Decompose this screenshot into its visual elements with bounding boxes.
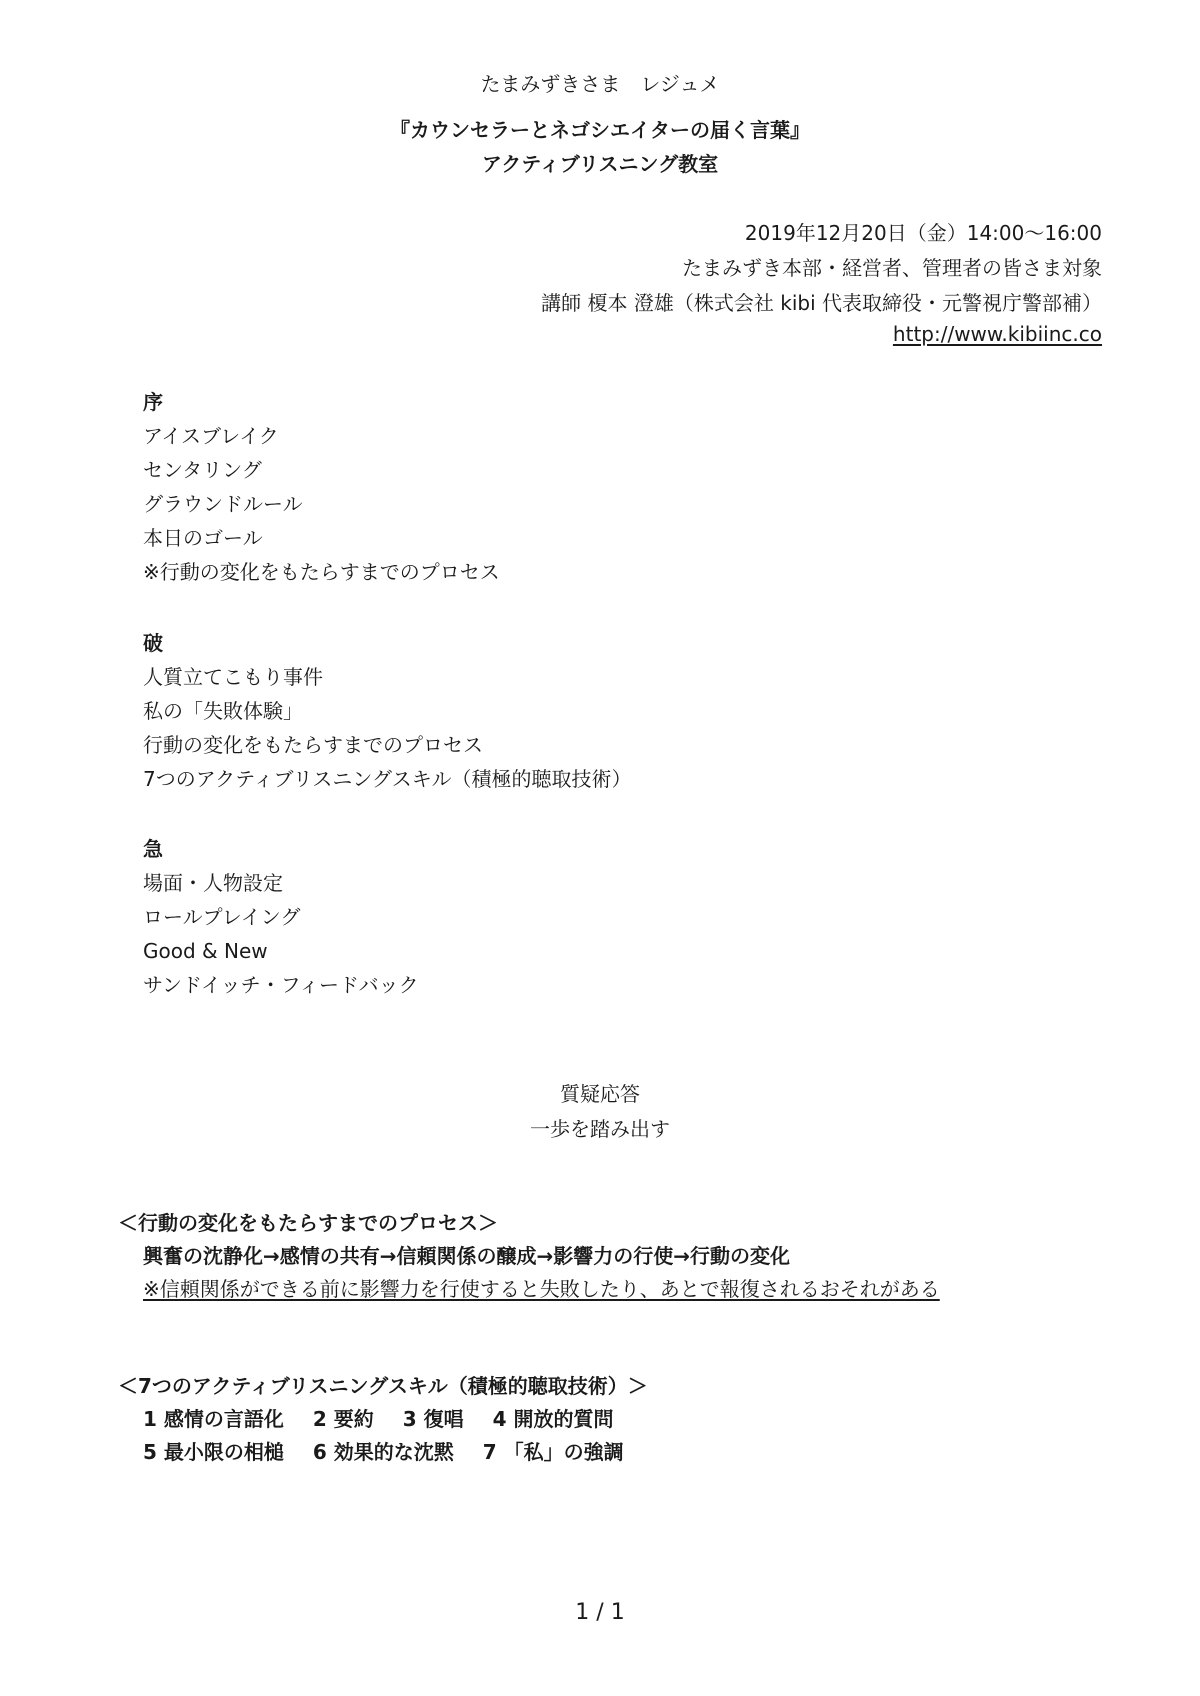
list-item: 場面・人物設定 (143, 866, 419, 900)
event-audience: たまみずき本部・経営者、管理者の皆さま対象 (682, 252, 1102, 281)
list-item: Good & New (143, 934, 419, 968)
document-page: たまみずきさま レジュメ 『カウンセラーとネゴシエイターの届く言葉』 アクティブ… (0, 0, 1200, 1696)
list-item: グラウンドルール (143, 487, 500, 521)
skill-item: 3 復唱 (403, 1407, 464, 1431)
list-item: 7つのアクティブリスニングスキル（積極的聴取技術） (143, 762, 632, 796)
process-note: ※信頼関係ができる前に影響力を行使すると失敗したり、あとで報復されるおそれがある (118, 1273, 940, 1306)
website-link[interactable]: http://www.kibiinc.co (893, 322, 1102, 346)
document-subtitle: たまみずきさま レジュメ (0, 68, 1200, 97)
skills-heading: ＜7つのアクティブリスニングスキル（積極的聴取技術）＞ (118, 1370, 648, 1403)
list-item: アイスブレイク (143, 419, 500, 453)
list-item: ※行動の変化をもたらすまでのプロセス (143, 555, 500, 589)
skills-row-2: 5 最小限の相槌 6 効果的な沈黙 7 「私」の強調 (118, 1436, 648, 1469)
list-item: サンドイッチ・フィードバック (143, 968, 419, 1002)
closing-qa: 質疑応答 (0, 1078, 1200, 1107)
skill-item: 6 効果的な沈黙 (313, 1440, 454, 1464)
process-block: ＜行動の変化をもたらすまでのプロセス＞ 興奮の沈静化→感情の共有→信頼関係の醸成… (118, 1207, 940, 1306)
list-item: 行動の変化をもたらすまでのプロセス (143, 728, 632, 762)
closing-step-forward: 一歩を踏み出す (0, 1113, 1200, 1142)
skill-item: 7 「私」の強調 (483, 1440, 624, 1464)
process-heading: ＜行動の変化をもたらすまでのプロセス＞ (118, 1207, 940, 1240)
skills-block: ＜7つのアクティブリスニングスキル（積極的聴取技術）＞ 1 感情の言語化 2 要… (118, 1370, 648, 1469)
section-heading: 破 (143, 626, 632, 660)
list-item: センタリング (143, 453, 500, 487)
page-number: 1 / 1 (0, 1600, 1200, 1625)
section-heading: 序 (143, 385, 500, 419)
section-jo: 序 アイスブレイク センタリング グラウンドルール 本日のゴール ※行動の変化を… (143, 385, 500, 589)
website-link-container: http://www.kibiinc.co (893, 322, 1102, 346)
event-datetime: 2019年12月20日（金）14:00〜16:00 (745, 217, 1102, 246)
skills-row-1: 1 感情の言語化 2 要約 3 復唱 4 開放的質問 (118, 1403, 648, 1436)
list-item: 人質立てこもり事件 (143, 660, 632, 694)
list-item: ロールプレイング (143, 900, 419, 934)
process-flow: 興奮の沈静化→感情の共有→信頼関係の醸成→影響力の行使→行動の変化 (118, 1240, 940, 1273)
skill-item: 4 開放的質問 (493, 1407, 614, 1431)
section-kyu: 急 場面・人物設定 ロールプレイング Good & New サンドイッチ・フィー… (143, 832, 419, 1002)
skill-item: 5 最小限の相槌 (143, 1440, 284, 1464)
section-ha: 破 人質立てこもり事件 私の「失敗体験」 行動の変化をもたらすまでのプロセス 7… (143, 626, 632, 796)
document-title-line1: 『カウンセラーとネゴシエイターの届く言葉』 (0, 114, 1200, 143)
document-title-line2: アクティブリスニング教室 (0, 148, 1200, 177)
skill-item: 2 要約 (313, 1407, 374, 1431)
skill-item: 1 感情の言語化 (143, 1407, 284, 1431)
section-heading: 急 (143, 832, 419, 866)
lecturer-info: 講師 榎本 澄雄（株式会社 kibi 代表取締役・元警視庁警部補） (541, 287, 1102, 316)
list-item: 本日のゴール (143, 521, 500, 555)
list-item: 私の「失敗体験」 (143, 694, 632, 728)
